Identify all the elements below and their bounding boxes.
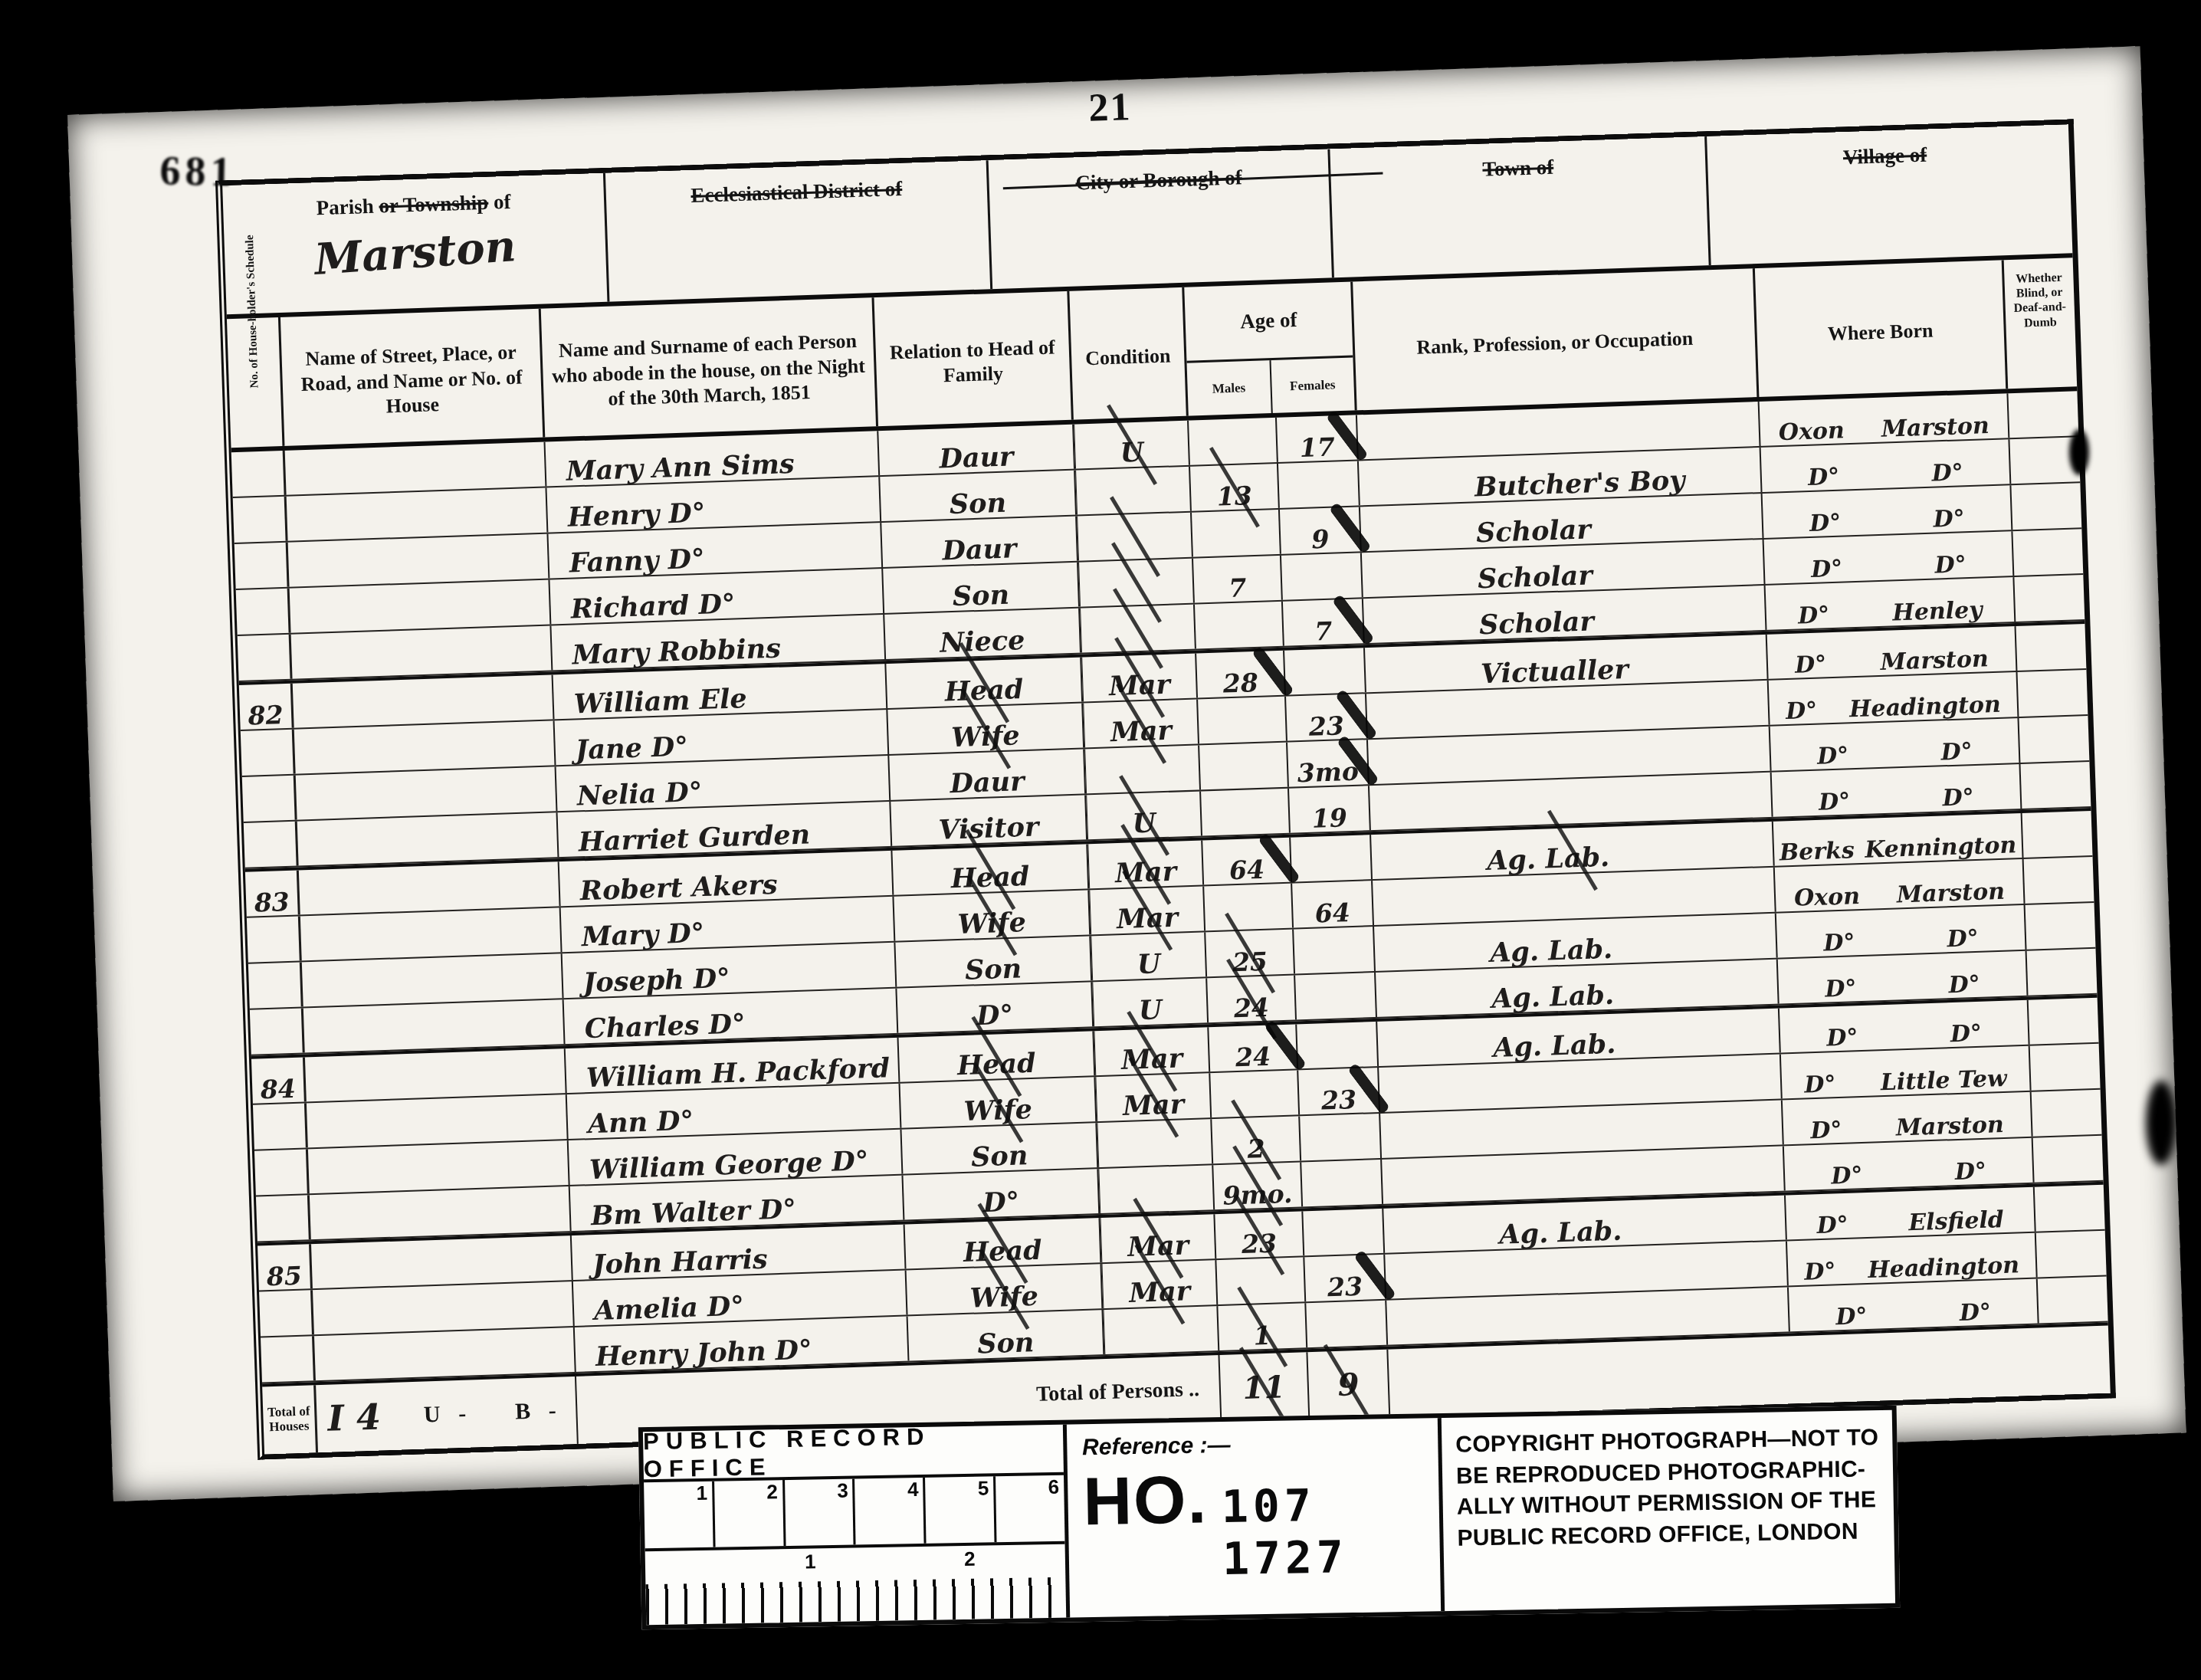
city-borough-header-cell: City or Borough of bbox=[989, 149, 1334, 289]
cell-condition: Mar bbox=[1101, 1260, 1218, 1308]
cell-relation: Son bbox=[908, 1310, 1105, 1360]
cell-age_f bbox=[1297, 1022, 1379, 1068]
scale-number: 6 bbox=[1048, 1475, 1059, 1499]
cell-street bbox=[300, 907, 563, 960]
col-males: Males bbox=[1187, 360, 1273, 416]
cell-relation: Wife bbox=[907, 1264, 1104, 1314]
relation-value: Niece bbox=[940, 627, 1025, 657]
cell-relation: Head bbox=[905, 1218, 1102, 1268]
village-label: Village of bbox=[1842, 143, 1927, 169]
cell-age_m: 9mo. bbox=[1213, 1162, 1303, 1209]
cell-age_m: 13 bbox=[1190, 464, 1280, 511]
col-born: Where Born bbox=[1755, 260, 2008, 397]
relation-value: Son bbox=[949, 490, 1006, 518]
cell-blind bbox=[2032, 1090, 2102, 1137]
cell-condition bbox=[1080, 605, 1196, 653]
born-value: Berks bbox=[1779, 839, 1855, 865]
relation-value: Daur bbox=[939, 443, 1014, 472]
cell-relation: D° bbox=[903, 1169, 1100, 1219]
cell-born: D°Elsfield bbox=[1786, 1187, 2036, 1240]
cell-age_m: 24 bbox=[1209, 1024, 1298, 1071]
col-name: Name and Surname of each Person who abod… bbox=[541, 297, 878, 437]
cell-born: D°D° bbox=[1784, 1138, 2035, 1191]
age_m-value: 23 bbox=[1242, 1230, 1278, 1257]
born-value: D° bbox=[1947, 927, 1979, 951]
occupation-value: Ag. Lab. bbox=[1493, 1031, 1616, 1061]
cell-born: OxonMarston bbox=[1760, 393, 2010, 446]
schedule-value: 84 bbox=[260, 1076, 296, 1103]
schedule-value: 85 bbox=[266, 1263, 302, 1290]
town-label: Town of bbox=[1482, 156, 1554, 181]
cell-street bbox=[294, 720, 556, 773]
cell-schedule bbox=[250, 1008, 305, 1054]
inch-number: 1 bbox=[805, 1550, 816, 1573]
age_f-value: 7 bbox=[1314, 619, 1333, 645]
total-houses-value: I 4 U - B - bbox=[316, 1376, 579, 1452]
relation-value: Wife bbox=[957, 909, 1026, 938]
col-street: Name of Street, Place, or Road, and Name… bbox=[280, 309, 545, 446]
born-value: D° bbox=[1795, 653, 1827, 677]
cell-condition bbox=[1075, 467, 1192, 515]
uninhabited-label: U - bbox=[423, 1400, 472, 1428]
cell-born: D°D° bbox=[1761, 439, 2012, 492]
cell-born: D°Henley bbox=[1766, 577, 2016, 630]
relation-value: D° bbox=[976, 1002, 1014, 1030]
born-value: Elsfield bbox=[1908, 1209, 2004, 1235]
col-blind: Whether Blind, or Deaf-and-Dumb bbox=[2004, 258, 2078, 389]
col-age-label: Age of bbox=[1184, 282, 1353, 363]
col-condition: Condition bbox=[1069, 287, 1188, 420]
name-value: Henry D° bbox=[567, 500, 706, 531]
age_f-value: 19 bbox=[1311, 805, 1347, 832]
born-value: D° bbox=[1933, 507, 1965, 531]
stamp-scale-boxes: 1 2 3 4 5 6 bbox=[644, 1475, 1064, 1552]
name-value: Joseph D° bbox=[582, 965, 730, 996]
cell-schedule: 83 bbox=[245, 871, 300, 917]
condition-value: Mar bbox=[1110, 717, 1172, 746]
cell-condition bbox=[1103, 1306, 1219, 1354]
relation-value: Son bbox=[952, 582, 1009, 610]
cell-age_m: 24 bbox=[1207, 975, 1297, 1022]
cell-relation: Son bbox=[880, 471, 1077, 521]
cell-blind bbox=[2030, 1044, 2101, 1091]
cell-street bbox=[313, 1281, 575, 1334]
ecclesiastical-header-cell: Ecclesiastical District of bbox=[605, 160, 992, 301]
cell-relation: Wife bbox=[894, 890, 1091, 940]
condition-value: Mar bbox=[1115, 858, 1177, 888]
age_f-value: 64 bbox=[1314, 900, 1350, 927]
cell-street bbox=[307, 1094, 569, 1147]
cell-age_f: 3mo bbox=[1287, 740, 1369, 786]
scale-number: 5 bbox=[978, 1476, 989, 1500]
parish-label-post: of bbox=[488, 190, 511, 214]
cell-relation: Head bbox=[886, 658, 1083, 708]
cell-relation: Daur bbox=[889, 749, 1086, 799]
born-value: Headington bbox=[1868, 1254, 2020, 1282]
relation-value: Visitor bbox=[938, 813, 1039, 843]
stamp-office-title: PUBLIC RECORD OFFICE bbox=[643, 1425, 1064, 1483]
cell-condition: U bbox=[1086, 791, 1202, 839]
cell-schedule bbox=[253, 1103, 308, 1149]
cell-age_f bbox=[1291, 835, 1373, 881]
census-entries: Mary Ann SimsDaurU17OxonMarstonHenry D°S… bbox=[231, 391, 2108, 1383]
cell-schedule bbox=[235, 543, 290, 589]
born-value: D° bbox=[1819, 790, 1851, 814]
cell-schedule bbox=[256, 1195, 311, 1241]
born-value: D° bbox=[1831, 1164, 1863, 1188]
stamp-copyright-section: COPYRIGHT PHOTOGRAPH—NOT TO BE REPRODUCE… bbox=[1442, 1410, 1895, 1611]
cell-age_m bbox=[1198, 697, 1287, 744]
cell-age_f: 23 bbox=[1298, 1068, 1380, 1114]
cell-age_f: 7 bbox=[1283, 599, 1365, 645]
cell-relation: Niece bbox=[884, 609, 1081, 659]
occupation-value: Scholar bbox=[1478, 562, 1593, 592]
cell-blind bbox=[2014, 575, 2085, 622]
col-age: Age of Males Females bbox=[1184, 282, 1356, 416]
cell-schedule bbox=[254, 1149, 310, 1195]
scale-number: 3 bbox=[837, 1479, 848, 1503]
cell-age_f bbox=[1295, 973, 1377, 1019]
cell-age_f: 64 bbox=[1292, 881, 1374, 927]
born-value: Marston bbox=[1880, 648, 1989, 674]
parish-label-struck: or Township bbox=[379, 191, 489, 218]
cell-age_f: 9 bbox=[1280, 507, 1362, 553]
relation-value: Wife bbox=[969, 1283, 1038, 1312]
cell-relation: Son bbox=[883, 563, 1080, 613]
born-value: Marston bbox=[1895, 1114, 2004, 1140]
cell-age_m: 2 bbox=[1212, 1116, 1301, 1163]
cell-schedule: 85 bbox=[257, 1244, 313, 1290]
cell-condition: U bbox=[1074, 421, 1190, 469]
parish-header-cell: Parish or Township of Marston bbox=[222, 173, 609, 314]
born-value: D° bbox=[1798, 604, 1830, 628]
occupation-value: Ag. Lab. bbox=[1491, 982, 1615, 1012]
cell-street bbox=[293, 674, 555, 727]
condition-value: U bbox=[1138, 996, 1163, 1024]
born-value: D° bbox=[1825, 977, 1857, 1001]
born-value: Kennington bbox=[1865, 834, 2017, 862]
cell-age_f: 17 bbox=[1277, 415, 1359, 461]
cell-age_f bbox=[1300, 1114, 1382, 1160]
cell-schedule bbox=[259, 1290, 314, 1336]
cell-age_f: 23 bbox=[1286, 694, 1368, 740]
stamp-reference-section: Reference :— HO. 107 1727 bbox=[1067, 1418, 1445, 1617]
cell-street bbox=[285, 442, 547, 495]
cell-age_m bbox=[1199, 743, 1289, 790]
name-value: Ann D° bbox=[587, 1107, 694, 1138]
cell-born: OxonMarston bbox=[1775, 859, 2026, 912]
name-value: Mary D° bbox=[581, 920, 704, 950]
name-value: Jane D° bbox=[575, 733, 688, 764]
born-value: D° bbox=[1808, 466, 1840, 490]
born-value: D° bbox=[1811, 558, 1843, 582]
age_f-value: 9 bbox=[1311, 527, 1330, 553]
cell-condition: Mar bbox=[1087, 840, 1204, 888]
total-males: 11 bbox=[1219, 1352, 1310, 1422]
building-label: B - bbox=[515, 1398, 563, 1426]
relation-value: Son bbox=[977, 1329, 1035, 1357]
born-value: Henley bbox=[1892, 599, 1983, 625]
age_f-value: 3mo bbox=[1297, 759, 1359, 786]
cell-street bbox=[311, 1235, 573, 1288]
cell-age_m bbox=[1201, 789, 1291, 836]
cell-blind bbox=[2036, 1231, 2107, 1278]
cell-born: D°Marston bbox=[1767, 626, 2018, 679]
born-value: D° bbox=[1810, 1119, 1842, 1143]
age_m-value: 9mo. bbox=[1222, 1181, 1293, 1209]
cell-street bbox=[310, 1186, 572, 1239]
cell-condition: Mar bbox=[1100, 1214, 1216, 1262]
cell-relation: Head bbox=[899, 1031, 1096, 1081]
condition-value: Mar bbox=[1127, 1232, 1189, 1261]
scale-number: 4 bbox=[907, 1478, 919, 1501]
born-value: D° bbox=[1950, 1022, 1982, 1046]
cell-street bbox=[303, 999, 566, 1052]
cell-schedule bbox=[236, 589, 291, 635]
name-value: Fanny D° bbox=[569, 546, 705, 577]
cell-born: D°D° bbox=[1770, 718, 2021, 771]
cell-relation: Visitor bbox=[891, 795, 1087, 845]
relation-value: Daur bbox=[950, 768, 1025, 797]
cell-schedule bbox=[247, 917, 302, 963]
cell-age_m: 7 bbox=[1193, 556, 1283, 603]
scan-artifact bbox=[2069, 429, 2089, 475]
born-value: D° bbox=[1804, 1073, 1836, 1097]
cell-relation: Daur bbox=[881, 517, 1078, 567]
name-value: Harriet Gurden bbox=[578, 821, 811, 855]
cell-blind bbox=[2012, 529, 2083, 576]
born-value: D° bbox=[1948, 973, 1980, 997]
name-value: Robert Akers bbox=[579, 871, 778, 905]
ecclesiastical-label: Ecclesiastical District of bbox=[690, 177, 903, 207]
cell-age_m bbox=[1210, 1070, 1300, 1117]
cell-age_m bbox=[1192, 510, 1281, 557]
age_f-value: 23 bbox=[1308, 713, 1344, 740]
born-value: D° bbox=[1804, 1260, 1836, 1284]
occupation-value: Ag. Lab. bbox=[1490, 936, 1613, 966]
born-value: D° bbox=[1931, 461, 1963, 485]
cell-condition bbox=[1097, 1119, 1213, 1167]
occupation-value: Ag. Lab. bbox=[1487, 844, 1610, 874]
age_m-value: 25 bbox=[1232, 949, 1268, 976]
cell-born: D°D° bbox=[1789, 1279, 2039, 1332]
cell-schedule bbox=[261, 1336, 316, 1382]
name-value: John Harris bbox=[592, 1246, 769, 1279]
cell-age_m bbox=[1189, 418, 1278, 465]
cell-blind bbox=[2026, 903, 2096, 950]
cell-schedule: 82 bbox=[239, 684, 294, 730]
condition-value: Mar bbox=[1117, 904, 1179, 934]
reference-series: HO. bbox=[1083, 1472, 1209, 1528]
relation-value: Wife bbox=[951, 722, 1020, 751]
occupation-value: Victualler bbox=[1481, 656, 1629, 687]
cell-age_m: 25 bbox=[1205, 930, 1295, 977]
cell-born: D°Little Tew bbox=[1781, 1046, 2032, 1099]
relation-value: Head bbox=[950, 863, 1030, 892]
cell-blind bbox=[2016, 624, 2087, 671]
cell-street bbox=[291, 625, 553, 678]
condition-value: U bbox=[1120, 439, 1144, 467]
town-header-cell: Town of bbox=[1330, 136, 1711, 277]
cell-relation: Son bbox=[895, 936, 1092, 986]
age_m-value: 7 bbox=[1228, 575, 1247, 601]
age_m-value: 24 bbox=[1233, 995, 1269, 1022]
cell-street bbox=[296, 766, 558, 819]
cell-condition bbox=[1078, 559, 1195, 607]
born-value: D° bbox=[1959, 1301, 1991, 1325]
condition-value: Mar bbox=[1129, 1278, 1191, 1307]
village-header-cell: Village of bbox=[1707, 125, 2065, 265]
cell-blind bbox=[2033, 1136, 2104, 1183]
cell-blind bbox=[2020, 762, 2091, 809]
cell-age_f bbox=[1301, 1160, 1383, 1206]
cell-relation: Son bbox=[901, 1123, 1098, 1173]
cell-street bbox=[287, 488, 549, 541]
stamp-ruler: 1 2 bbox=[645, 1544, 1066, 1626]
cell-condition: U bbox=[1092, 978, 1209, 1026]
cell-condition: Mar bbox=[1095, 1073, 1212, 1121]
cell-schedule bbox=[238, 635, 293, 681]
cell-born: BerksKennington bbox=[1773, 813, 2024, 866]
condition-value: Mar bbox=[1123, 1091, 1185, 1120]
cell-born: D°D° bbox=[1776, 905, 2027, 958]
condition-value: Mar bbox=[1108, 671, 1170, 701]
cell-schedule: 84 bbox=[251, 1057, 307, 1103]
relation-value: Son bbox=[971, 1142, 1028, 1170]
cell-blind bbox=[2011, 483, 2081, 530]
cell-condition bbox=[1098, 1165, 1215, 1213]
cell-relation: Daur bbox=[878, 425, 1075, 475]
cell-blind bbox=[2035, 1185, 2105, 1232]
cell-born: D°D° bbox=[1778, 951, 2029, 1004]
cell-age_f bbox=[1303, 1209, 1385, 1255]
cell-born: D°Headington bbox=[1787, 1233, 2038, 1286]
stamp-scale-section: PUBLIC RECORD OFFICE 1 2 3 4 5 6 1 2 bbox=[643, 1425, 1070, 1626]
age_m-value: 2 bbox=[1247, 1136, 1265, 1162]
col-occupation: Rank, Profession, or Occupation bbox=[1353, 268, 1759, 410]
cell-born: D°D° bbox=[1763, 485, 2013, 538]
name-value: Nelia D° bbox=[576, 779, 703, 809]
born-value: D° bbox=[1835, 1305, 1868, 1329]
cell-age_f bbox=[1281, 553, 1363, 599]
col-relation: Relation to Head of Family bbox=[874, 291, 1073, 426]
cell-blind bbox=[2027, 949, 2098, 996]
age_f-value: 17 bbox=[1299, 434, 1335, 461]
scale-number: 1 bbox=[696, 1481, 707, 1505]
cell-age_f: 23 bbox=[1304, 1255, 1386, 1301]
cell-age_f bbox=[1306, 1301, 1388, 1347]
cell-schedule bbox=[241, 730, 296, 776]
relation-value: Son bbox=[965, 955, 1022, 983]
born-value: D° bbox=[1809, 512, 1842, 536]
cell-blind bbox=[2019, 716, 2089, 763]
name-value: Mary Robbins bbox=[572, 635, 781, 669]
born-value: D° bbox=[1786, 700, 1818, 724]
relation-value: Head bbox=[956, 1050, 1036, 1079]
cell-street bbox=[308, 1140, 570, 1193]
cell-age_f bbox=[1294, 927, 1376, 973]
occupation-value: Scholar bbox=[1479, 608, 1595, 638]
cell-condition: Mar bbox=[1094, 1027, 1210, 1075]
cell-schedule bbox=[233, 497, 288, 543]
born-value: Headington bbox=[1849, 694, 2002, 722]
cell-schedule bbox=[244, 822, 299, 868]
relation-value: Wife bbox=[963, 1096, 1032, 1125]
cell-condition bbox=[1077, 513, 1193, 561]
schedule-value: 82 bbox=[248, 702, 284, 729]
cell-age_f bbox=[1278, 461, 1360, 507]
born-value: Oxon bbox=[1794, 885, 1861, 911]
cell-age_f bbox=[1284, 648, 1366, 694]
cell-condition: U bbox=[1091, 932, 1207, 980]
col-females: Females bbox=[1271, 357, 1355, 413]
relation-value: Daur bbox=[942, 535, 1017, 564]
houses-count: I 4 bbox=[327, 1396, 382, 1439]
census-sheet: 21 681 Parish or Township of Marston Ecc… bbox=[67, 46, 2186, 1501]
condition-value: Mar bbox=[1121, 1045, 1183, 1074]
cell-schedule bbox=[242, 776, 297, 822]
relation-value: Head bbox=[944, 676, 1024, 705]
age_m-value: 1 bbox=[1253, 1323, 1271, 1349]
condition-value: U bbox=[1132, 809, 1156, 837]
age_m-value: 64 bbox=[1229, 857, 1265, 884]
occupation-value: Ag. Lab. bbox=[1499, 1218, 1622, 1249]
cell-born: D°Marston bbox=[1783, 1092, 2033, 1145]
born-value: D° bbox=[1823, 931, 1855, 955]
cell-condition bbox=[1084, 745, 1201, 793]
schedule-value: 83 bbox=[254, 889, 290, 916]
cell-street bbox=[290, 579, 552, 632]
name-value: Charles D° bbox=[584, 1010, 746, 1042]
cell-relation: Wife bbox=[887, 703, 1084, 753]
name-value: Richard D° bbox=[570, 590, 736, 622]
cell-schedule bbox=[248, 962, 303, 1008]
born-value: D° bbox=[1816, 1214, 1848, 1238]
age_f-value: 23 bbox=[1327, 1274, 1363, 1301]
born-value: Little Tew bbox=[1880, 1068, 2007, 1094]
parish-label-pre: Parish bbox=[316, 195, 379, 220]
cell-schedule bbox=[231, 451, 287, 497]
census-table: Parish or Township of Marston Ecclesiast… bbox=[215, 119, 2116, 1460]
cell-born: D°D° bbox=[1779, 1000, 2030, 1053]
condition-value: U bbox=[1137, 950, 1161, 978]
pro-stamp: PUBLIC RECORD OFFICE 1 2 3 4 5 6 1 2 Ref… bbox=[638, 1406, 1900, 1630]
cell-blind bbox=[2029, 998, 2099, 1045]
reference-number: 107 1727 bbox=[1221, 1477, 1425, 1585]
reference-label: Reference :— bbox=[1082, 1429, 1423, 1461]
cell-age_f: 19 bbox=[1289, 786, 1371, 832]
born-value: Oxon bbox=[1779, 419, 1845, 445]
born-value: D° bbox=[1942, 786, 1974, 810]
cell-age_m: 23 bbox=[1215, 1211, 1304, 1258]
cell-blind bbox=[2022, 811, 2093, 858]
born-value: Marston bbox=[1881, 415, 1989, 441]
born-value: Marston bbox=[1897, 881, 2006, 907]
age_m-value: 24 bbox=[1235, 1044, 1271, 1071]
name-value: William Ele bbox=[573, 685, 747, 717]
born-value: D° bbox=[1940, 740, 1973, 764]
cell-blind bbox=[2018, 670, 2088, 717]
inch-number: 2 bbox=[964, 1547, 976, 1571]
scan-artifact bbox=[2146, 1081, 2176, 1165]
cell-relation: Head bbox=[892, 844, 1089, 894]
cell-street bbox=[302, 953, 564, 1006]
relation-value: Head bbox=[963, 1237, 1043, 1266]
total-houses-label: Total of Houses bbox=[262, 1385, 318, 1454]
col-schedule: No. of House-holder's Schedule bbox=[227, 317, 285, 448]
cell-relation: Wife bbox=[900, 1077, 1097, 1127]
name-value: Mary Ann Sims bbox=[566, 451, 795, 485]
